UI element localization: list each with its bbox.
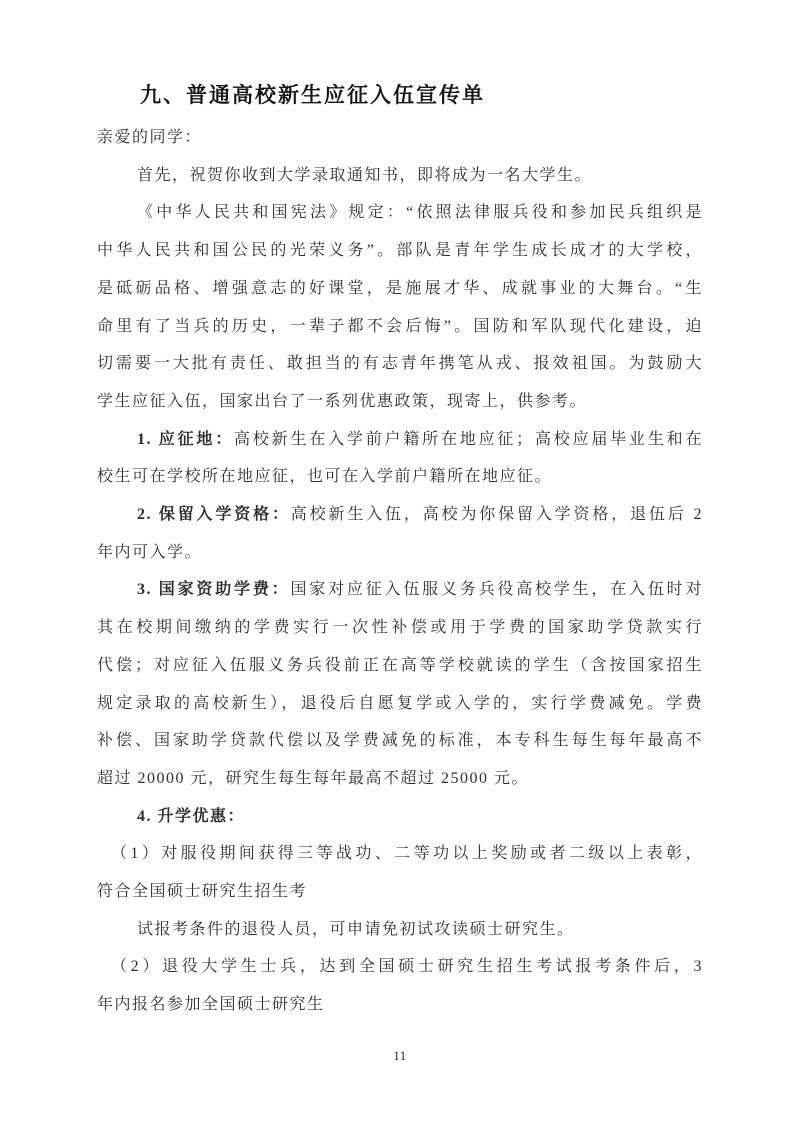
text-run-bold: 3. 国家资助学费： <box>137 581 290 598</box>
text-line: 校生可在学校所在地应征，也可在入学前户籍所在地应征。 <box>97 458 703 496</box>
text-run: 试报考条件的退役人员，可申请免初试攻读硕士研究生。 <box>137 921 575 938</box>
text-line: 年内可入学。 <box>97 534 703 572</box>
document-page: 九、普通高校新生应征入伍宣传单 亲爱的同学：首先，祝贺你收到大学录取通知书，即将… <box>0 0 800 1132</box>
text-line: 切需要一大批有责任、敢担当的有志青年携笔从戎、报效祖国。为鼓励大 <box>97 345 703 383</box>
text-run-bold: 1. 应征地： <box>137 431 234 448</box>
text-run: 学生应征入伍，国家出台了一系列优惠政策，现寄上，供参考。 <box>97 393 587 410</box>
text-line: 2. 保留入学资格：高校新生入伍，高校为你保留入学资格，退伍后 2 <box>97 496 703 534</box>
text-run: 《中华人民共和国宪法》规定：“依照法律服兵役和参加民兵组织是 <box>137 204 703 221</box>
text-run: 是砥砺品格、增强意志的好课堂，是施展才华、成就事业的大舞台。“生 <box>97 280 703 297</box>
text-run: 国家对应征入伍服义务兵役高校学生，在入伍时对 <box>290 581 703 598</box>
text-line: 3. 国家资助学费：国家对应征入伍服义务兵役高校学生，在入伍时对 <box>97 571 703 609</box>
text-line: 试报考条件的退役人员，可申请免初试攻读硕士研究生。 <box>97 911 703 949</box>
text-line: 亲爱的同学： <box>97 119 703 157</box>
page-number: 11 <box>0 1048 800 1064</box>
text-run-bold: 2. 保留入学资格： <box>137 506 291 523</box>
text-run: （2）退役大学生士兵，达到全国硕士研究生招生考试报考条件后，3 <box>111 958 703 975</box>
text-run: 超过 20000 元，研究生每生每年最高不超过 25000 元。 <box>97 770 529 787</box>
text-run: 其在校期间缴纳的学费实行一次性补偿或用于学费的国家助学贷款实行 <box>97 619 703 636</box>
text-run: 规定录取的高校新生），退役后自愿复学或入学的，实行学费减免。学费 <box>97 695 703 712</box>
text-line: 规定录取的高校新生），退役后自愿复学或入学的，实行学费减免。学费 <box>97 685 703 723</box>
text-run-bold: 4. 升学优惠： <box>137 808 245 825</box>
text-line: 4. 升学优惠： <box>97 798 703 836</box>
page-title: 九、普通高校新生应征入伍宣传单 <box>0 82 800 110</box>
text-line: （1）对服役期间获得三等战功、二等功以上奖励或者二级以上表彰， <box>97 835 703 873</box>
text-run: 代偿；对应征入伍服义务兵役前正在高等学校就读的学生（含按国家招生 <box>97 657 703 674</box>
text-line: 首先，祝贺你收到大学录取通知书，即将成为一名大学生。 <box>97 157 703 195</box>
text-line: 学生应征入伍，国家出台了一系列优惠政策，现寄上，供参考。 <box>97 383 703 421</box>
text-line: 其在校期间缴纳的学费实行一次性补偿或用于学费的国家助学贷款实行 <box>97 609 703 647</box>
text-line: 符合全国硕士研究生招生考 <box>97 873 703 911</box>
text-run: 年内报名参加全国硕士研究生 <box>97 996 325 1013</box>
text-line: 《中华人民共和国宪法》规定：“依照法律服兵役和参加民兵组织是 <box>97 194 703 232</box>
text-run: 补偿、国家助学贷款代偿以及学费减免的标准，本专科生每生每年最高不 <box>97 732 703 749</box>
text-run: 中华人民共和国公民的光荣义务”。部队是青年学生成长成才的大学校， <box>97 242 703 259</box>
text-run: 首先，祝贺你收到大学录取通知书，即将成为一名大学生。 <box>137 167 592 184</box>
text-run: 校生可在学校所在地应征，也可在入学前户籍所在地应征。 <box>97 468 552 485</box>
text-run: 亲爱的同学： <box>97 129 202 146</box>
text-line: 补偿、国家助学贷款代偿以及学费减免的标准，本专科生每生每年最高不 <box>97 722 703 760</box>
text-run: 高校新生入伍，高校为你保留入学资格，退伍后 2 <box>291 506 703 523</box>
text-line: 1. 应征地：高校新生在入学前户籍所在地应征；高校应届毕业生和在 <box>97 421 703 459</box>
text-line: 年内报名参加全国硕士研究生 <box>97 986 703 1024</box>
text-run: 切需要一大批有责任、敢担当的有志青年携笔从戎、报效祖国。为鼓励大 <box>97 355 703 372</box>
text-run: 符合全国硕士研究生招生考 <box>97 883 307 900</box>
text-line: 超过 20000 元，研究生每生每年最高不超过 25000 元。 <box>97 760 703 798</box>
text-line: 中华人民共和国公民的光荣义务”。部队是青年学生成长成才的大学校， <box>97 232 703 270</box>
text-line: 是砥砺品格、增强意志的好课堂，是施展才华、成就事业的大舞台。“生 <box>97 270 703 308</box>
text-run: 年内可入学。 <box>97 544 202 561</box>
text-line: 代偿；对应征入伍服义务兵役前正在高等学校就读的学生（含按国家招生 <box>97 647 703 685</box>
text-run: （1）对服役期间获得三等战功、二等功以上奖励或者二级以上表彰， <box>111 845 703 862</box>
text-line: 命里有了当兵的历史，一辈子都不会后悔”。国防和军队现代化建设，迫 <box>97 308 703 346</box>
text-run: 命里有了当兵的历史，一辈子都不会后悔”。国防和军队现代化建设，迫 <box>97 318 703 335</box>
text-run: 高校新生在入学前户籍所在地应征；高校应届毕业生和在 <box>234 431 703 448</box>
document-body: 亲爱的同学：首先，祝贺你收到大学录取通知书，即将成为一名大学生。《中华人民共和国… <box>0 119 800 1024</box>
text-line: （2）退役大学生士兵，达到全国硕士研究生招生考试报考条件后，3 <box>97 948 703 986</box>
